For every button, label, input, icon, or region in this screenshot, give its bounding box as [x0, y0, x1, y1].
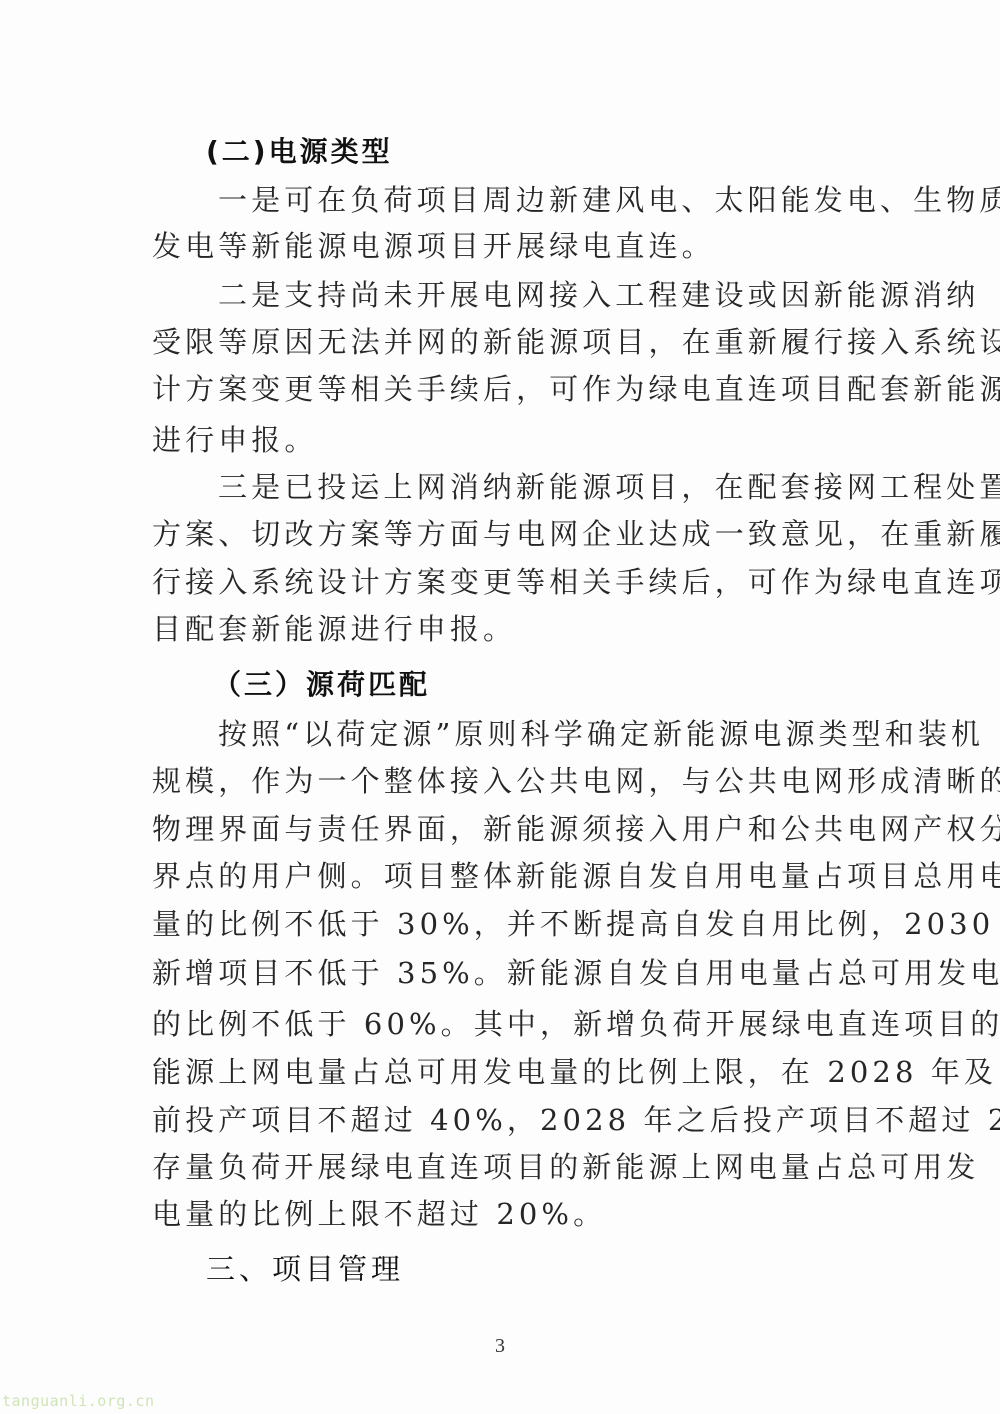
section-heading-source-load-matching: （三）源荷匹配	[213, 665, 913, 705]
paragraph-line: 行接入系统设计方案变更等相关手续后，可作为绿电直连项	[152, 562, 852, 602]
section-heading-power-source-type: (二)电源类型	[206, 132, 906, 172]
paragraph-line: 规模，作为一个整体接入公共电网，与公共电网形成清晰的	[152, 761, 852, 801]
paragraph-line: 二是支持尚未开展电网接入工程建设或因新能源消纳	[218, 275, 852, 315]
paragraph-line: 计方案变更等相关手续后，可作为绿电直连项目配套新能源	[152, 369, 852, 409]
paragraph-line: 方案、切改方案等方面与电网企业达成一致意见，在重新履	[152, 514, 852, 554]
paragraph-line: 存量负荷开展绿电直连项目的新能源上网电量占总可用发	[152, 1147, 852, 1187]
paragraph-line: 界点的用户侧。项目整体新能源自发自用电量占项目总用电	[152, 856, 852, 896]
paragraph-line: 电量的比例上限不超过 20%。	[152, 1194, 852, 1234]
paragraph-line: 按照“以荷定源”原则科学确定新能源电源类型和装机	[218, 714, 852, 754]
paragraph-line: 能源上网电量占总可用发电量的比例上限，在 2028 年及以	[152, 1052, 852, 1092]
page-number: 3	[0, 1335, 1000, 1358]
paragraph-line: 前投产项目不超过 40%，2028 年之后投产项目不超过 20%；	[152, 1100, 852, 1140]
paragraph-line: 发电等新能源电源项目开展绿电直连。	[152, 226, 852, 266]
paragraph-line: 一是可在负荷项目周边新建风电、太阳能发电、生物质	[218, 180, 852, 220]
paragraph-line: 三是已投运上网消纳新能源项目，在配套接网工程处置	[218, 467, 852, 507]
paragraph-line: 的比例不低于 60%。其中，新增负荷开展绿电直连项目的新	[152, 1004, 852, 1044]
paragraph-line: 物理界面与责任界面，新能源须接入用户和公共电网产权分	[152, 809, 852, 849]
paragraph-line: 量的比例不低于 30%，并不断提高自发自用比例，2030 年起	[152, 904, 852, 944]
paragraph-line: 新增项目不低于 35%。新能源自发自用电量占总可用发电量	[152, 953, 852, 993]
section-heading-project-management: 三、项目管理	[206, 1249, 906, 1289]
watermark: tanguanli.org.cn	[2, 1392, 155, 1410]
document-page: (二)电源类型 一是可在负荷项目周边新建风电、太阳能发电、生物质 发电等新能源电…	[0, 0, 1000, 1414]
paragraph-line: 受限等原因无法并网的新能源项目，在重新履行接入系统设	[152, 322, 852, 362]
paragraph-line: 进行申报。	[152, 420, 852, 460]
paragraph-line: 目配套新能源进行申报。	[152, 609, 852, 649]
